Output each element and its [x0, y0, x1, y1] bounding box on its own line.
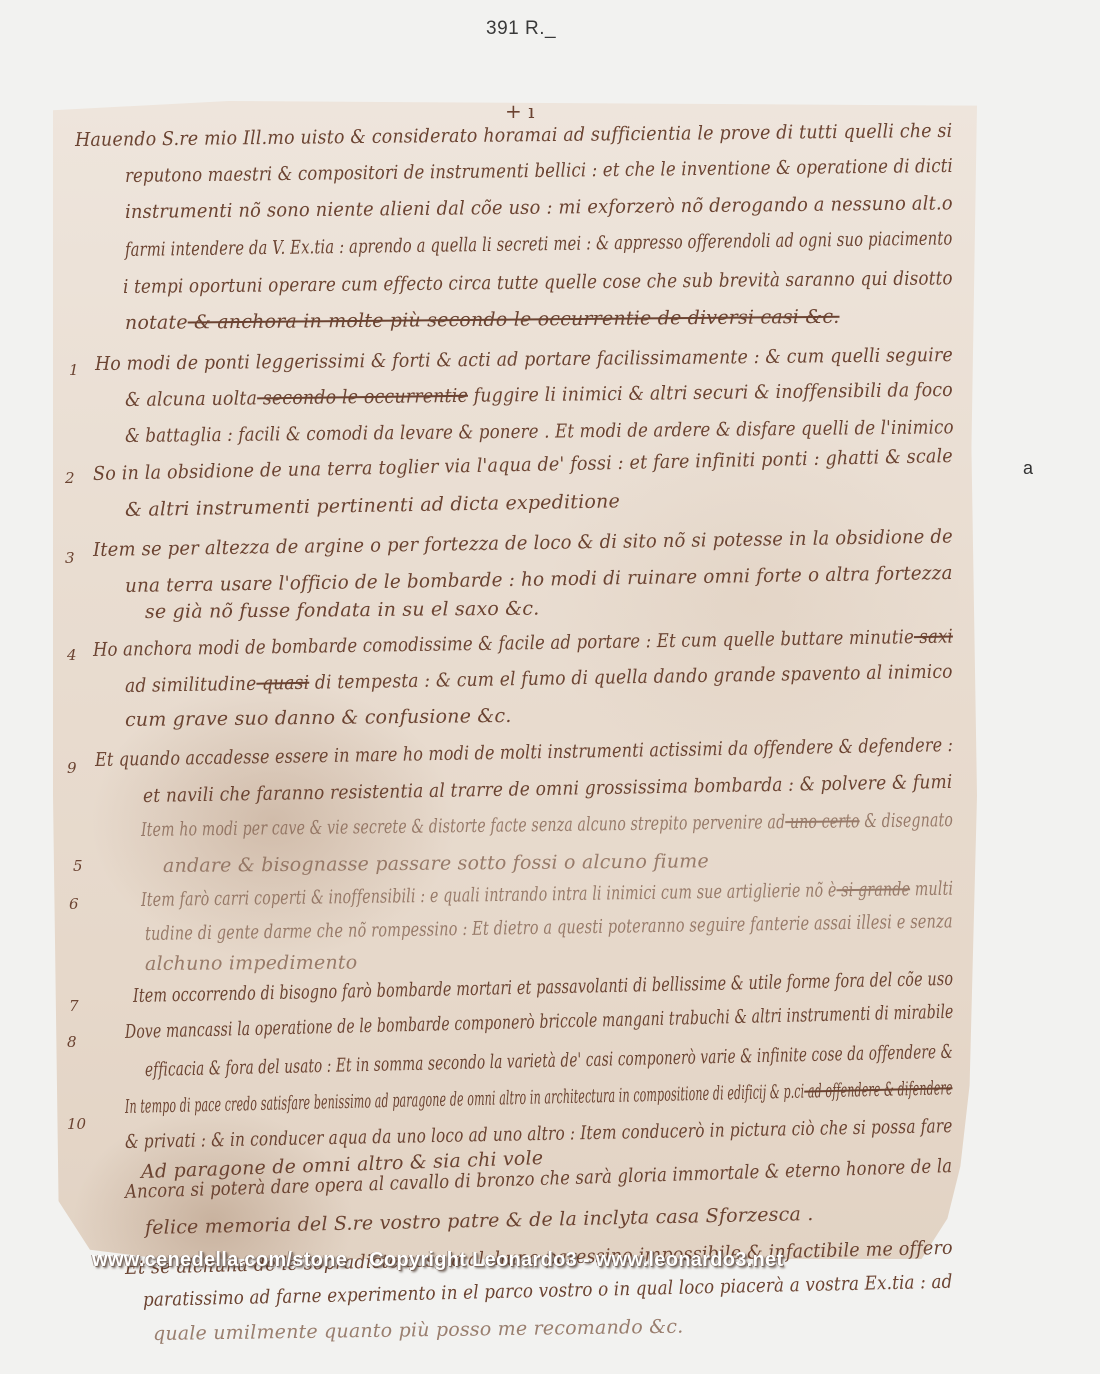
margin-item-number: 8 — [67, 1033, 77, 1051]
manuscript-line: cum grave suo danno & confusione &c. — [125, 705, 512, 731]
margin-item-number: 2 — [65, 469, 75, 487]
manuscript-line: Item farò carri coperti & inoffensibili … — [141, 878, 953, 911]
line-text: Item farò carri coperti & inoffensibili … — [141, 879, 837, 911]
manuscript-line: efficacia & fora del usato : Et in somma… — [145, 1041, 953, 1081]
manuscript-line: & battaglia : facili & comodi da levare … — [125, 416, 954, 447]
struck-text: ad offendere & difendere — [804, 1077, 953, 1102]
manuscript-line: felice memoria del S.re vostro patre & d… — [145, 1203, 814, 1239]
manuscript-line: se già nõ fusse fondata in su el saxo &c… — [145, 598, 540, 623]
manuscript-line: Et quando accadesse essere in mare ho mo… — [95, 734, 953, 771]
line-text: In tempo di pace credo satisfare benissi… — [125, 1081, 805, 1118]
margin-annotation-letter: a — [1023, 458, 1033, 479]
manuscript-line: Ho modi de ponti leggerissimi & forti & … — [95, 344, 953, 375]
manuscript-line: paratissimo ad farne experimento in el p… — [143, 1271, 953, 1311]
line-text: efficacia & fora del usato : Et in somma… — [145, 1041, 953, 1081]
manuscript-line: farmi intendere da V. Ex.tia : aprendo a… — [125, 227, 953, 261]
line-text: cum grave suo danno & confusione &c. — [125, 705, 512, 731]
manuscript-line: i tempi oportuni operare cum effecto cir… — [123, 267, 953, 298]
margin-item-number: 1 — [69, 361, 79, 379]
manuscript-line: notate & anchora in molte più secondo le… — [125, 306, 840, 334]
line-text-continued: di tempesta : & cum el fumo di quella da… — [309, 661, 953, 694]
margin-item-number: 6 — [69, 895, 79, 913]
line-text: Et quando accadesse essere in mare ho mo… — [95, 734, 953, 771]
manuscript-line: andare & bisognasse passare sotto fossi … — [163, 850, 709, 877]
copyright-watermark: www.cenedella.com/stoneCopyright Leonard… — [92, 1249, 962, 1272]
line-text: Item ho modi per cave & vie secrete & di… — [141, 811, 786, 841]
line-text: instrumenti nõ sono niente alieni dal cõ… — [125, 192, 953, 223]
line-text: Dove mancassi la operatione de le bombar… — [125, 1001, 954, 1043]
line-text: una terra usare l'officio de le bombarde… — [125, 562, 953, 597]
manuscript-line: So in la obsidione de una terra toglier … — [93, 445, 953, 485]
margin-item-number: 4 — [67, 646, 77, 664]
line-text: & battaglia : facili & comodi da levare … — [125, 416, 954, 447]
line-text: felice memoria del S.re vostro patre & d… — [145, 1203, 814, 1239]
manuscript-line: tudine di gente darme che nõ rompessino … — [145, 910, 953, 945]
line-text: tudine di gente darme che nõ rompessino … — [145, 910, 953, 945]
manuscript-line: et navili che faranno resistentia al tra… — [143, 771, 953, 807]
margin-item-number: 10 — [67, 1115, 86, 1133]
line-text-continued: fuggire li inimici & altri securi & inof… — [468, 379, 953, 407]
manuscript-line: una terra usare l'officio de le bombarde… — [125, 562, 953, 597]
line-text-continued: & disegnato — [860, 809, 954, 832]
line-text: se già nõ fusse fondata in su el saxo &c… — [145, 598, 540, 623]
line-text: So in la obsidione de una terra toglier … — [93, 445, 953, 485]
struck-text: saxi — [914, 625, 953, 648]
manuscript-line: ad similitudine quasi di tempesta : & cu… — [125, 661, 953, 697]
struck-text: uno certo — [785, 810, 860, 833]
manuscript-line: In tempo di pace credo satisfare benissi… — [125, 1077, 953, 1118]
margin-item-number: 9 — [67, 759, 77, 777]
watermark-copyright: Copyright Leonardo3 - www.leonardo3.net — [369, 1249, 783, 1271]
line-text: andare & bisognasse passare sotto fossi … — [163, 850, 709, 877]
line-text: et navili che faranno resistentia al tra… — [143, 771, 953, 807]
line-text: i tempi oportuni operare cum effecto cir… — [123, 267, 953, 298]
line-text: quale umilmente quanto più posso me reco… — [153, 1316, 684, 1345]
line-text-continued: multi — [910, 878, 953, 901]
manuscript-line: Item ho modi per cave & vie secrete & di… — [141, 809, 953, 841]
line-text: Ho modi de ponti leggerissimi & forti & … — [95, 344, 953, 375]
line-text: reputono maestri & compositori de instru… — [125, 155, 953, 187]
manuscript-line: Item se per altezza de argine o per fort… — [93, 525, 953, 561]
watermark-site-link: www.cenedella.com/stone — [92, 1249, 347, 1271]
struck-text: si grande — [836, 878, 910, 901]
manuscript-line: Ho anchora modi de bombarde comodissime … — [93, 625, 953, 661]
line-text: farmi intendere da V. Ex.tia : aprendo a… — [125, 227, 953, 261]
manuscript-line: & alcuna uolta secondo le occurrentie fu… — [125, 379, 953, 411]
manuscript-text: + ı Hauendo S.re mio Ill.mo uisto & cons… — [53, 101, 977, 1259]
struck-text: secondo le occurrentie — [257, 385, 468, 410]
line-text: Hauendo S.re mio Ill.mo uisto & consider… — [75, 120, 953, 151]
manuscript-line: quale umilmente quanto più posso me reco… — [153, 1316, 684, 1345]
margin-item-number: 3 — [65, 549, 75, 567]
line-text: paratissimo ad farne experimento in el p… — [143, 1271, 953, 1311]
struck-text: & anchora in molte più secondo le occurr… — [188, 306, 840, 334]
line-text: & alcuna uolta — [125, 387, 257, 411]
manuscript-line: reputono maestri & compositori de instru… — [125, 155, 953, 187]
struck-text: quasi — [256, 672, 309, 695]
manuscript-line: alchuno impedimento — [145, 952, 358, 975]
top-cross-mark: + ı — [505, 99, 535, 123]
manuscript-line: instrumenti nõ sono niente alieni dal cõ… — [125, 192, 953, 223]
manuscript-line: Dove mancassi la operatione de le bombar… — [125, 1001, 954, 1043]
line-text: Item se per altezza de argine o per fort… — [93, 525, 953, 561]
line-text: ad similitudine — [125, 673, 257, 697]
line-text: alchuno impedimento — [145, 952, 358, 975]
line-text: Ho anchora modi de bombarde comodissime … — [93, 626, 914, 661]
manuscript-line: & altri instrumenti pertinenti ad dicta … — [125, 490, 620, 521]
line-text: & altri instrumenti pertinenti ad dicta … — [125, 490, 620, 521]
margin-item-number: 5 — [73, 857, 83, 875]
line-text: notate — [125, 311, 188, 334]
manuscript-line: Hauendo S.re mio Ill.mo uisto & consider… — [75, 120, 953, 151]
margin-item-number: 7 — [69, 997, 79, 1015]
page-number: 391 R._ — [486, 18, 556, 40]
